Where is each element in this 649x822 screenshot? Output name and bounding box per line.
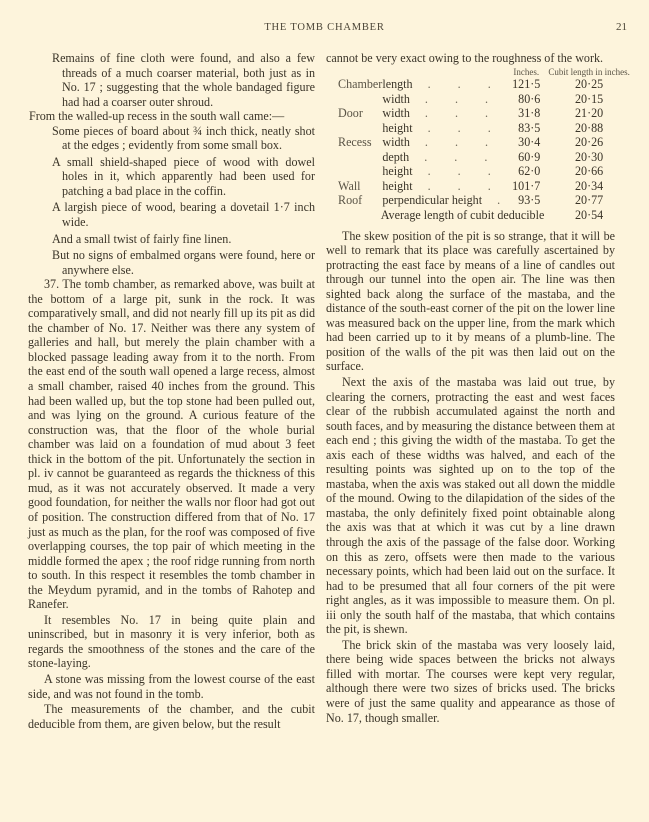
row-cubit: 20·77	[548, 193, 630, 208]
dimension-label: height	[382, 121, 412, 135]
average-label: Average length of cubit deducible	[338, 208, 548, 223]
paragraph-remains-cloth: Remains of fine cloth were found, and al…	[40, 51, 315, 109]
row-cubit: 20·25	[548, 77, 630, 92]
row-group: Chamber	[338, 77, 382, 92]
row-dimension: width . . .	[382, 106, 512, 121]
row-dimension: height . . .	[382, 164, 512, 179]
leader-dots: . . .	[413, 179, 503, 193]
paragraph-skew-position: The skew position of the pit is so stran…	[326, 229, 615, 374]
row-dimension: perpendicular height .	[382, 193, 512, 208]
table-row: width . . .80·620·15	[338, 92, 630, 107]
leader-dots: . . .	[410, 92, 500, 106]
paragraph-measurements: The measurements of the chamber, and the…	[28, 702, 315, 731]
leader-dots: . . .	[410, 106, 500, 120]
dimension-label: width	[382, 106, 410, 120]
row-inches: 83·5	[512, 121, 548, 136]
row-inches: 62·0	[512, 164, 548, 179]
row-dimension: width . . .	[382, 92, 512, 107]
row-dimension: height . . .	[382, 121, 512, 136]
leader-dots: . . .	[409, 150, 499, 164]
paragraph-section-37: 37. The tomb chamber, as remarked above,…	[28, 277, 315, 612]
row-dimension: length . . .	[382, 77, 512, 92]
paragraph-linen: And a small twist of fairly fine linen.	[40, 232, 315, 247]
row-inches: 101·7	[512, 179, 548, 194]
table-row: Recesswidth . . .30·420·26	[338, 135, 630, 150]
row-group	[338, 150, 382, 165]
row-cubit: 20·66	[548, 164, 630, 179]
book-page: THE TOMB CHAMBER 21 Remains of fine clot…	[0, 0, 649, 822]
row-cubit: 20·34	[548, 179, 630, 194]
leader-dots: . . .	[410, 135, 500, 149]
row-dimension: height . . .	[382, 179, 512, 194]
dimension-label: length	[382, 77, 412, 91]
row-cubit: 21·20	[548, 106, 630, 121]
paragraph-shield-piece: A small shield-shaped piece of wood with…	[40, 155, 315, 199]
paragraph-dovetail: A largish piece of wood, bearing a dovet…	[40, 200, 315, 229]
page-number: 21	[616, 21, 627, 33]
row-dimension: depth . . .	[382, 150, 512, 165]
row-cubit: 20·26	[548, 135, 630, 150]
row-group	[338, 121, 382, 136]
row-group: Wall	[338, 179, 382, 194]
row-inches: 60·9	[512, 150, 548, 165]
row-inches: 93·5	[512, 193, 548, 208]
dimension-label: height	[382, 179, 412, 193]
column-header-cubit: Cubit length in inches.	[548, 68, 630, 78]
paragraph-recess-intro: From the walled-up recess in the south w…	[31, 109, 315, 124]
dimension-label: perpendicular height	[382, 193, 482, 207]
row-group: Door	[338, 106, 382, 121]
row-inches: 121·5	[512, 77, 548, 92]
paragraph-resembles: It resembles No. 17 in being quite plain…	[28, 613, 315, 671]
row-dimension: width . . .	[382, 135, 512, 150]
table-row: height . . .62·020·66	[338, 164, 630, 179]
dimension-label: width	[382, 92, 410, 106]
leader-dots: . . .	[413, 164, 503, 178]
row-cubit: 20·30	[548, 150, 630, 165]
row-cubit: 20·88	[548, 121, 630, 136]
table-row: Chamberlength . . .121·520·25	[338, 77, 630, 92]
table-row: depth . . .60·920·30	[338, 150, 630, 165]
dimension-label: height	[382, 164, 412, 178]
running-head: THE TOMB CHAMBER 21	[0, 0, 649, 40]
row-group: Recess	[338, 135, 382, 150]
table-row: Doorwidth . . .31·821·20	[338, 106, 630, 121]
row-group	[338, 92, 382, 107]
paragraph-missing-stone: A stone was missing from the lowest cour…	[28, 672, 315, 701]
row-inches: 30·4	[512, 135, 548, 150]
table-average-row: Average length of cubit deducible20·54	[338, 208, 630, 223]
column-header-inches: Inches.	[512, 68, 548, 78]
right-column: cannot be very exact owing to the roughn…	[326, 51, 615, 725]
measurements-table: Inches. Cubit length in inches. Chamberl…	[338, 68, 630, 223]
row-inches: 80·6	[512, 92, 548, 107]
leader-dots: . . .	[413, 77, 503, 91]
paragraph-no-organs: But no signs of embalmed organs were fou…	[40, 248, 315, 277]
table-header-row: Inches. Cubit length in inches.	[338, 68, 630, 78]
paragraph-axis: Next the axis of the mastaba was laid ou…	[326, 375, 615, 637]
running-title: THE TOMB CHAMBER	[0, 22, 649, 33]
dimension-label: depth	[382, 150, 409, 164]
row-inches: 31·8	[512, 106, 548, 121]
paragraph-brick-skin: The brick skin of the mastaba was very l…	[326, 638, 615, 725]
leader-dots: . . .	[413, 121, 503, 135]
table-row: Roofperpendicular height .93·520·77	[338, 193, 630, 208]
dimension-label: width	[382, 135, 410, 149]
row-group	[338, 164, 382, 179]
row-cubit: 20·15	[548, 92, 630, 107]
paragraph-board-pieces: Some pieces of board about ¾ inch thick,…	[40, 124, 315, 153]
left-column: Remains of fine cloth were found, and al…	[28, 51, 315, 731]
paragraph-continuation: cannot be very exact owing to the roughn…	[326, 51, 615, 66]
row-group: Roof	[338, 193, 382, 208]
leader-dots: .	[482, 193, 512, 207]
table-row: Wallheight . . .101·720·34	[338, 179, 630, 194]
table-row: height . . .83·520·88	[338, 121, 630, 136]
average-value: 20·54	[548, 208, 630, 223]
